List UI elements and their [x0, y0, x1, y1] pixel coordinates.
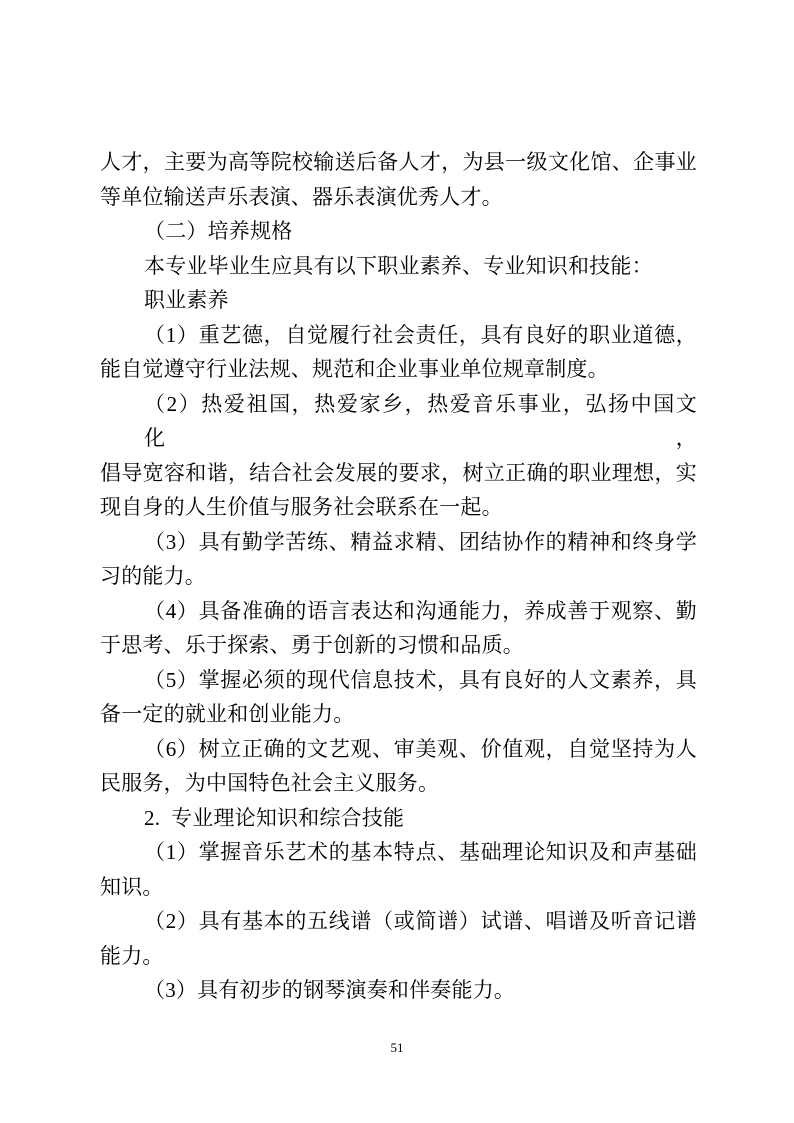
list-item-line: （6）树立正确的文艺观、审美观、价值观，自觉坚持为人: [100, 732, 697, 767]
body-line: 备一定的就业和创业能力。: [100, 697, 697, 732]
list-item-line: （1）重艺德，自觉履行社会责任，具有良好的职业道德，: [100, 318, 697, 353]
page-number: 51: [0, 1040, 794, 1056]
body-line: 倡导宽容和谐，结合社会发展的要求，树立正确的职业理想，实: [100, 456, 697, 491]
body-line: 人才，主要为高等院校输送后备人才，为县一级文化馆、企事业: [100, 145, 697, 180]
body-line: 能自觉遵守行业法规、规范和企业事业单位规章制度。: [100, 352, 697, 387]
body-line: 习的能力。: [100, 559, 697, 594]
list-item-line: （2）热爱祖国，热爱家乡，热爱音乐事业，弘扬中国文化，: [100, 387, 697, 456]
body-line: 本专业毕业生应具有以下职业素养、专业知识和技能：: [100, 249, 697, 284]
body-line: 等单位输送声乐表演、器乐表演优秀人才。: [100, 180, 697, 215]
body-line: 民服务，为中国特色社会主义服务。: [100, 766, 697, 801]
body-line: 现自身的人生价值与服务社会联系在一起。: [100, 490, 697, 525]
subsection-heading-line: 2. 专业理论知识和综合技能: [100, 801, 697, 836]
document-body: 人才，主要为高等院校输送后备人才，为县一级文化馆、企事业 等单位输送声乐表演、器…: [100, 145, 697, 1008]
list-item-line: （3）具有初步的钢琴演奏和伴奏能力。: [100, 973, 697, 1008]
list-item-line: （2）具有基本的五线谱（或简谱）试谱、唱谱及听音记谱: [100, 904, 697, 939]
body-line: 职业素养: [100, 283, 697, 318]
list-item-line: （3）具有勤学苦练、精益求精、团结协作的精神和终身学: [100, 525, 697, 560]
list-item-line: （1）掌握音乐艺术的基本特点、基础理论知识及和声基础: [100, 835, 697, 870]
body-line: 知识。: [100, 870, 697, 905]
list-item-line: （5）掌握必须的现代信息技术，具有良好的人文素养，具: [100, 663, 697, 698]
body-line: 能力。: [100, 939, 697, 974]
list-item-line: （4）具备准确的语言表达和沟通能力，养成善于观察、勤: [100, 594, 697, 629]
section-heading-line: （二）培养规格: [100, 214, 697, 249]
document-page: 人才，主要为高等院校输送后备人才，为县一级文化馆、企事业 等单位输送声乐表演、器…: [0, 0, 794, 1123]
body-line: 于思考、乐于探索、勇于创新的习惯和品质。: [100, 628, 697, 663]
